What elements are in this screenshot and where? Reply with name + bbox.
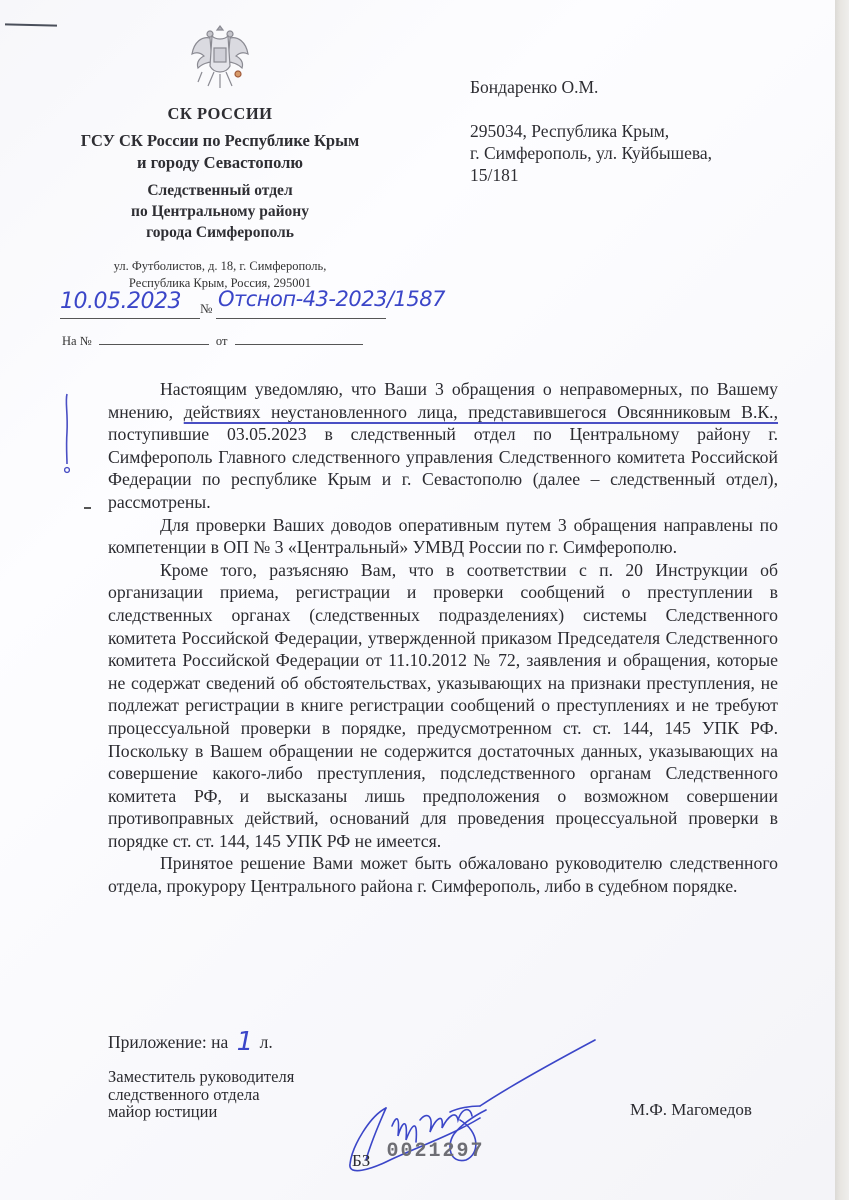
reply-to-label: На № bbox=[62, 334, 92, 348]
agency-full-name: ГСУ СК России по Республике Крым и город… bbox=[60, 130, 380, 174]
paragraph-4: Принятое решение Вами может быть обжалов… bbox=[108, 852, 778, 897]
signer-title-line-1: Заместитель руководителя bbox=[108, 1068, 294, 1086]
agency-line-1: ГСУ СК России по Республике Крым bbox=[60, 130, 380, 152]
recipient-name: Бондаренко О.М. bbox=[470, 76, 712, 98]
margin-exclamation-mark bbox=[64, 392, 70, 474]
date-underline bbox=[60, 318, 200, 319]
agency-line-2: и городу Севастополю bbox=[60, 152, 380, 174]
signer-title-line-2: следственного отдела bbox=[108, 1086, 294, 1104]
attachment-count: 1 bbox=[237, 1027, 254, 1057]
form-serial: БЗ 0021297 bbox=[352, 1150, 485, 1173]
registration-number: Отсноп-43-2023/1587 bbox=[218, 287, 445, 311]
recipient-block: Бондаренко О.М. 295034, Республика Крым,… bbox=[470, 76, 712, 186]
number-sign: № bbox=[200, 301, 212, 317]
margin-dash-mark bbox=[84, 507, 91, 509]
form-serial-number: 0021297 bbox=[387, 1140, 485, 1163]
paper-edge bbox=[835, 0, 849, 1200]
department-name: Следственный отдел по Центральному район… bbox=[60, 180, 380, 243]
reply-from-label: от bbox=[216, 334, 228, 348]
registration-line: 10.05.2023 № Отсноп-43-2023/1587 bbox=[60, 285, 480, 325]
signer-title-line-3: майор юстиции bbox=[108, 1103, 294, 1121]
department-line-3: города Симферополь bbox=[60, 222, 380, 243]
attachment-label: Приложение: на bbox=[108, 1032, 228, 1052]
reply-from-blank bbox=[235, 334, 363, 345]
recipient-address-line-1: 295034, Республика Крым, bbox=[470, 120, 712, 142]
signer-title: Заместитель руководителя следственного о… bbox=[108, 1068, 294, 1121]
agency-short-name: СК РОССИИ bbox=[60, 104, 380, 124]
recipient-address-line-3: 15/181 bbox=[470, 164, 712, 186]
reply-reference-line: На № от bbox=[62, 334, 363, 349]
attachment-unit: л. bbox=[260, 1032, 273, 1052]
registration-date: 10.05.2023 bbox=[60, 289, 181, 314]
sender-address-line-1: ул. Футболистов, д. 18, г. Симферополь, bbox=[60, 258, 380, 275]
department-line-2: по Центральному району bbox=[60, 201, 380, 222]
letter-body: Настоящим уведомляю, что Ваши 3 обращени… bbox=[108, 378, 778, 898]
department-line-1: Следственный отдел bbox=[60, 180, 380, 201]
paragraph-1: Настоящим уведомляю, что Ваши 3 обращени… bbox=[108, 378, 778, 514]
reply-to-blank bbox=[99, 334, 209, 345]
coat-of-arms-icon bbox=[188, 22, 252, 94]
paragraph-2: Для проверки Ваших доводов оперативным п… bbox=[108, 514, 778, 559]
underlined-phrase: действиях неустановленного лица, предста… bbox=[184, 402, 778, 422]
paragraph-1-end: поступившие 03.05.2023 в следственный от… bbox=[108, 424, 778, 512]
signer-name: М.Ф. Магомедов bbox=[630, 1100, 752, 1120]
paragraph-3: Кроме того, разъясняю Вам, что в соответ… bbox=[108, 559, 778, 853]
recipient-address-line-2: г. Симферополь, ул. Куйбышева, bbox=[470, 142, 712, 164]
form-series: БЗ bbox=[352, 1151, 370, 1170]
attachment-line: Приложение: на 1 л. bbox=[108, 1025, 273, 1055]
number-underline bbox=[216, 318, 386, 319]
